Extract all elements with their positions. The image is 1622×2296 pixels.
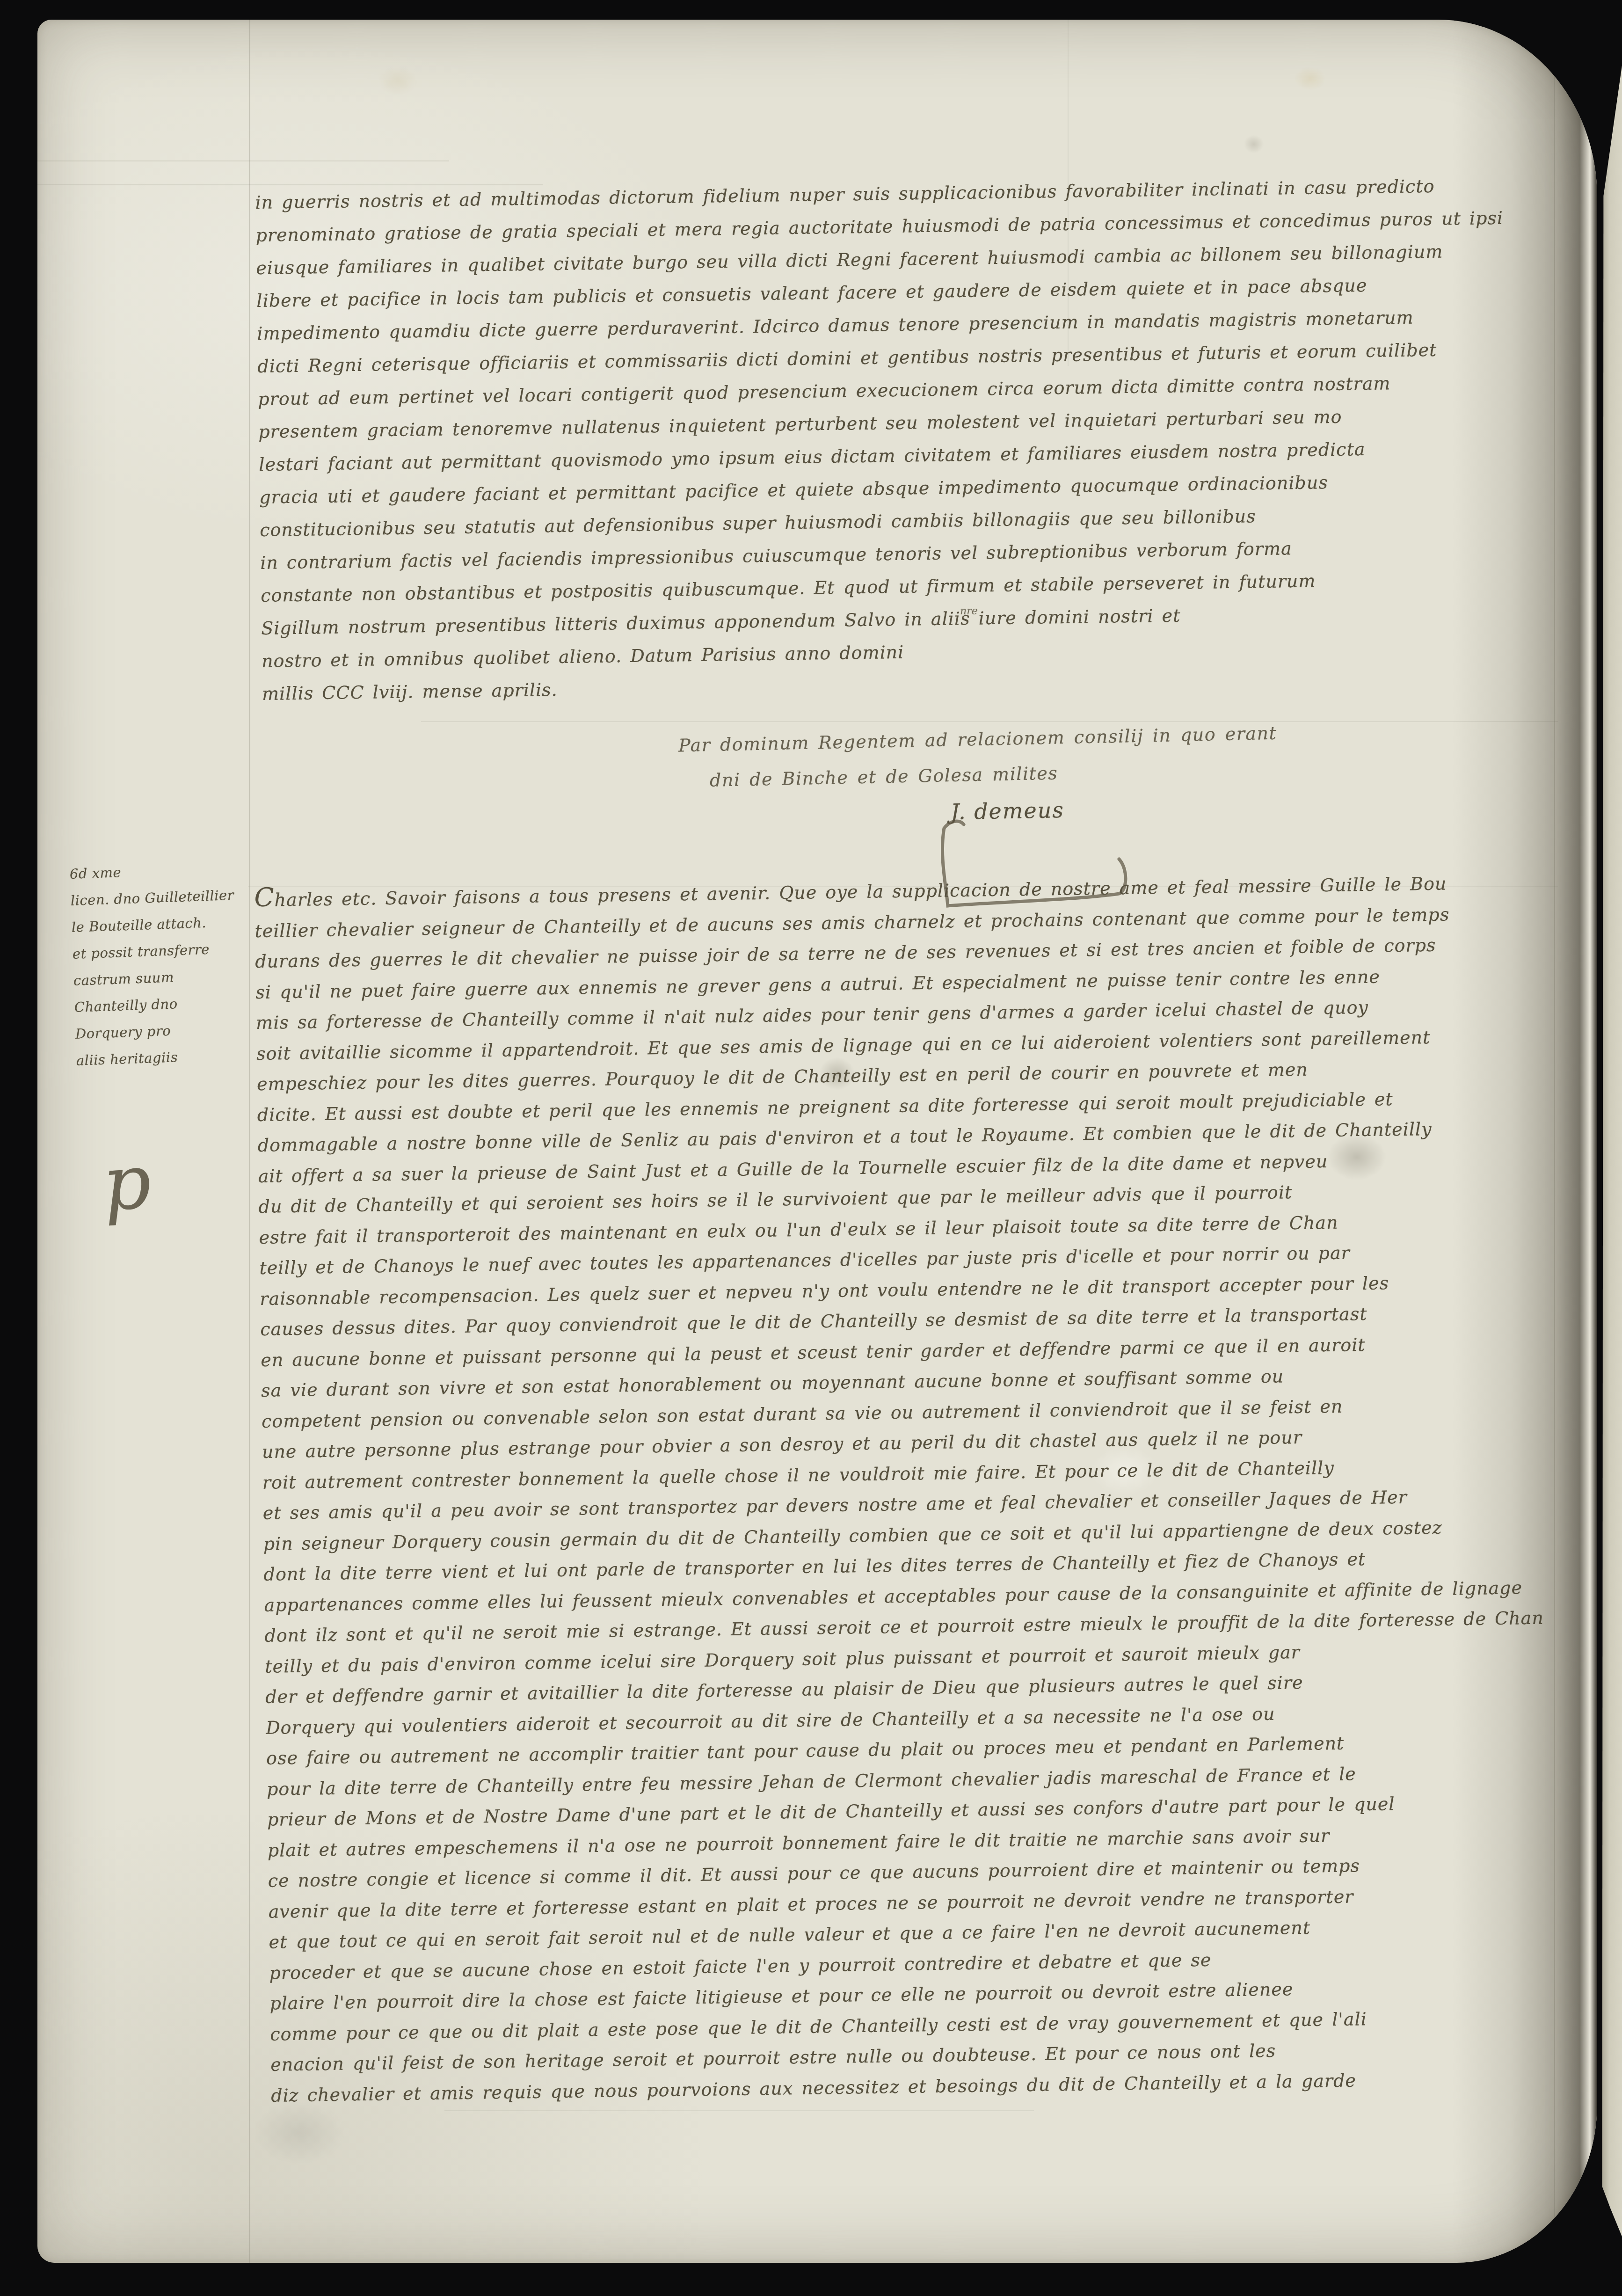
french-text-block: Charles etc. Savoir faisons a tous prese…	[254, 864, 1593, 2111]
margin-letter-p: p	[100, 1137, 154, 1228]
next-folio-edge	[1601, 66, 1622, 2237]
registration-formula-line-2: dni de Binche et de Golesa milites	[710, 763, 1058, 791]
margin-rule-left	[249, 20, 250, 2263]
ruling-line	[444, 2110, 1034, 2111]
interlinear-addition: nre	[960, 605, 978, 617]
latin-text-block: in guerris nostris et ad multimodas dict…	[255, 168, 1579, 710]
manuscript-page: in guerris nostris et ad multimodas dict…	[37, 20, 1597, 2263]
registration-formula-line-1: Par dominum Regentem ad relacionem consi…	[678, 723, 1277, 756]
photograph-backdrop: in guerris nostris et ad multimodas dict…	[0, 0, 1622, 2296]
ruling-line	[37, 160, 449, 161]
ruling-line	[421, 721, 1558, 722]
margin-note: 6d xmelicen. dno Guilleteillierle Boutei…	[69, 854, 283, 1074]
